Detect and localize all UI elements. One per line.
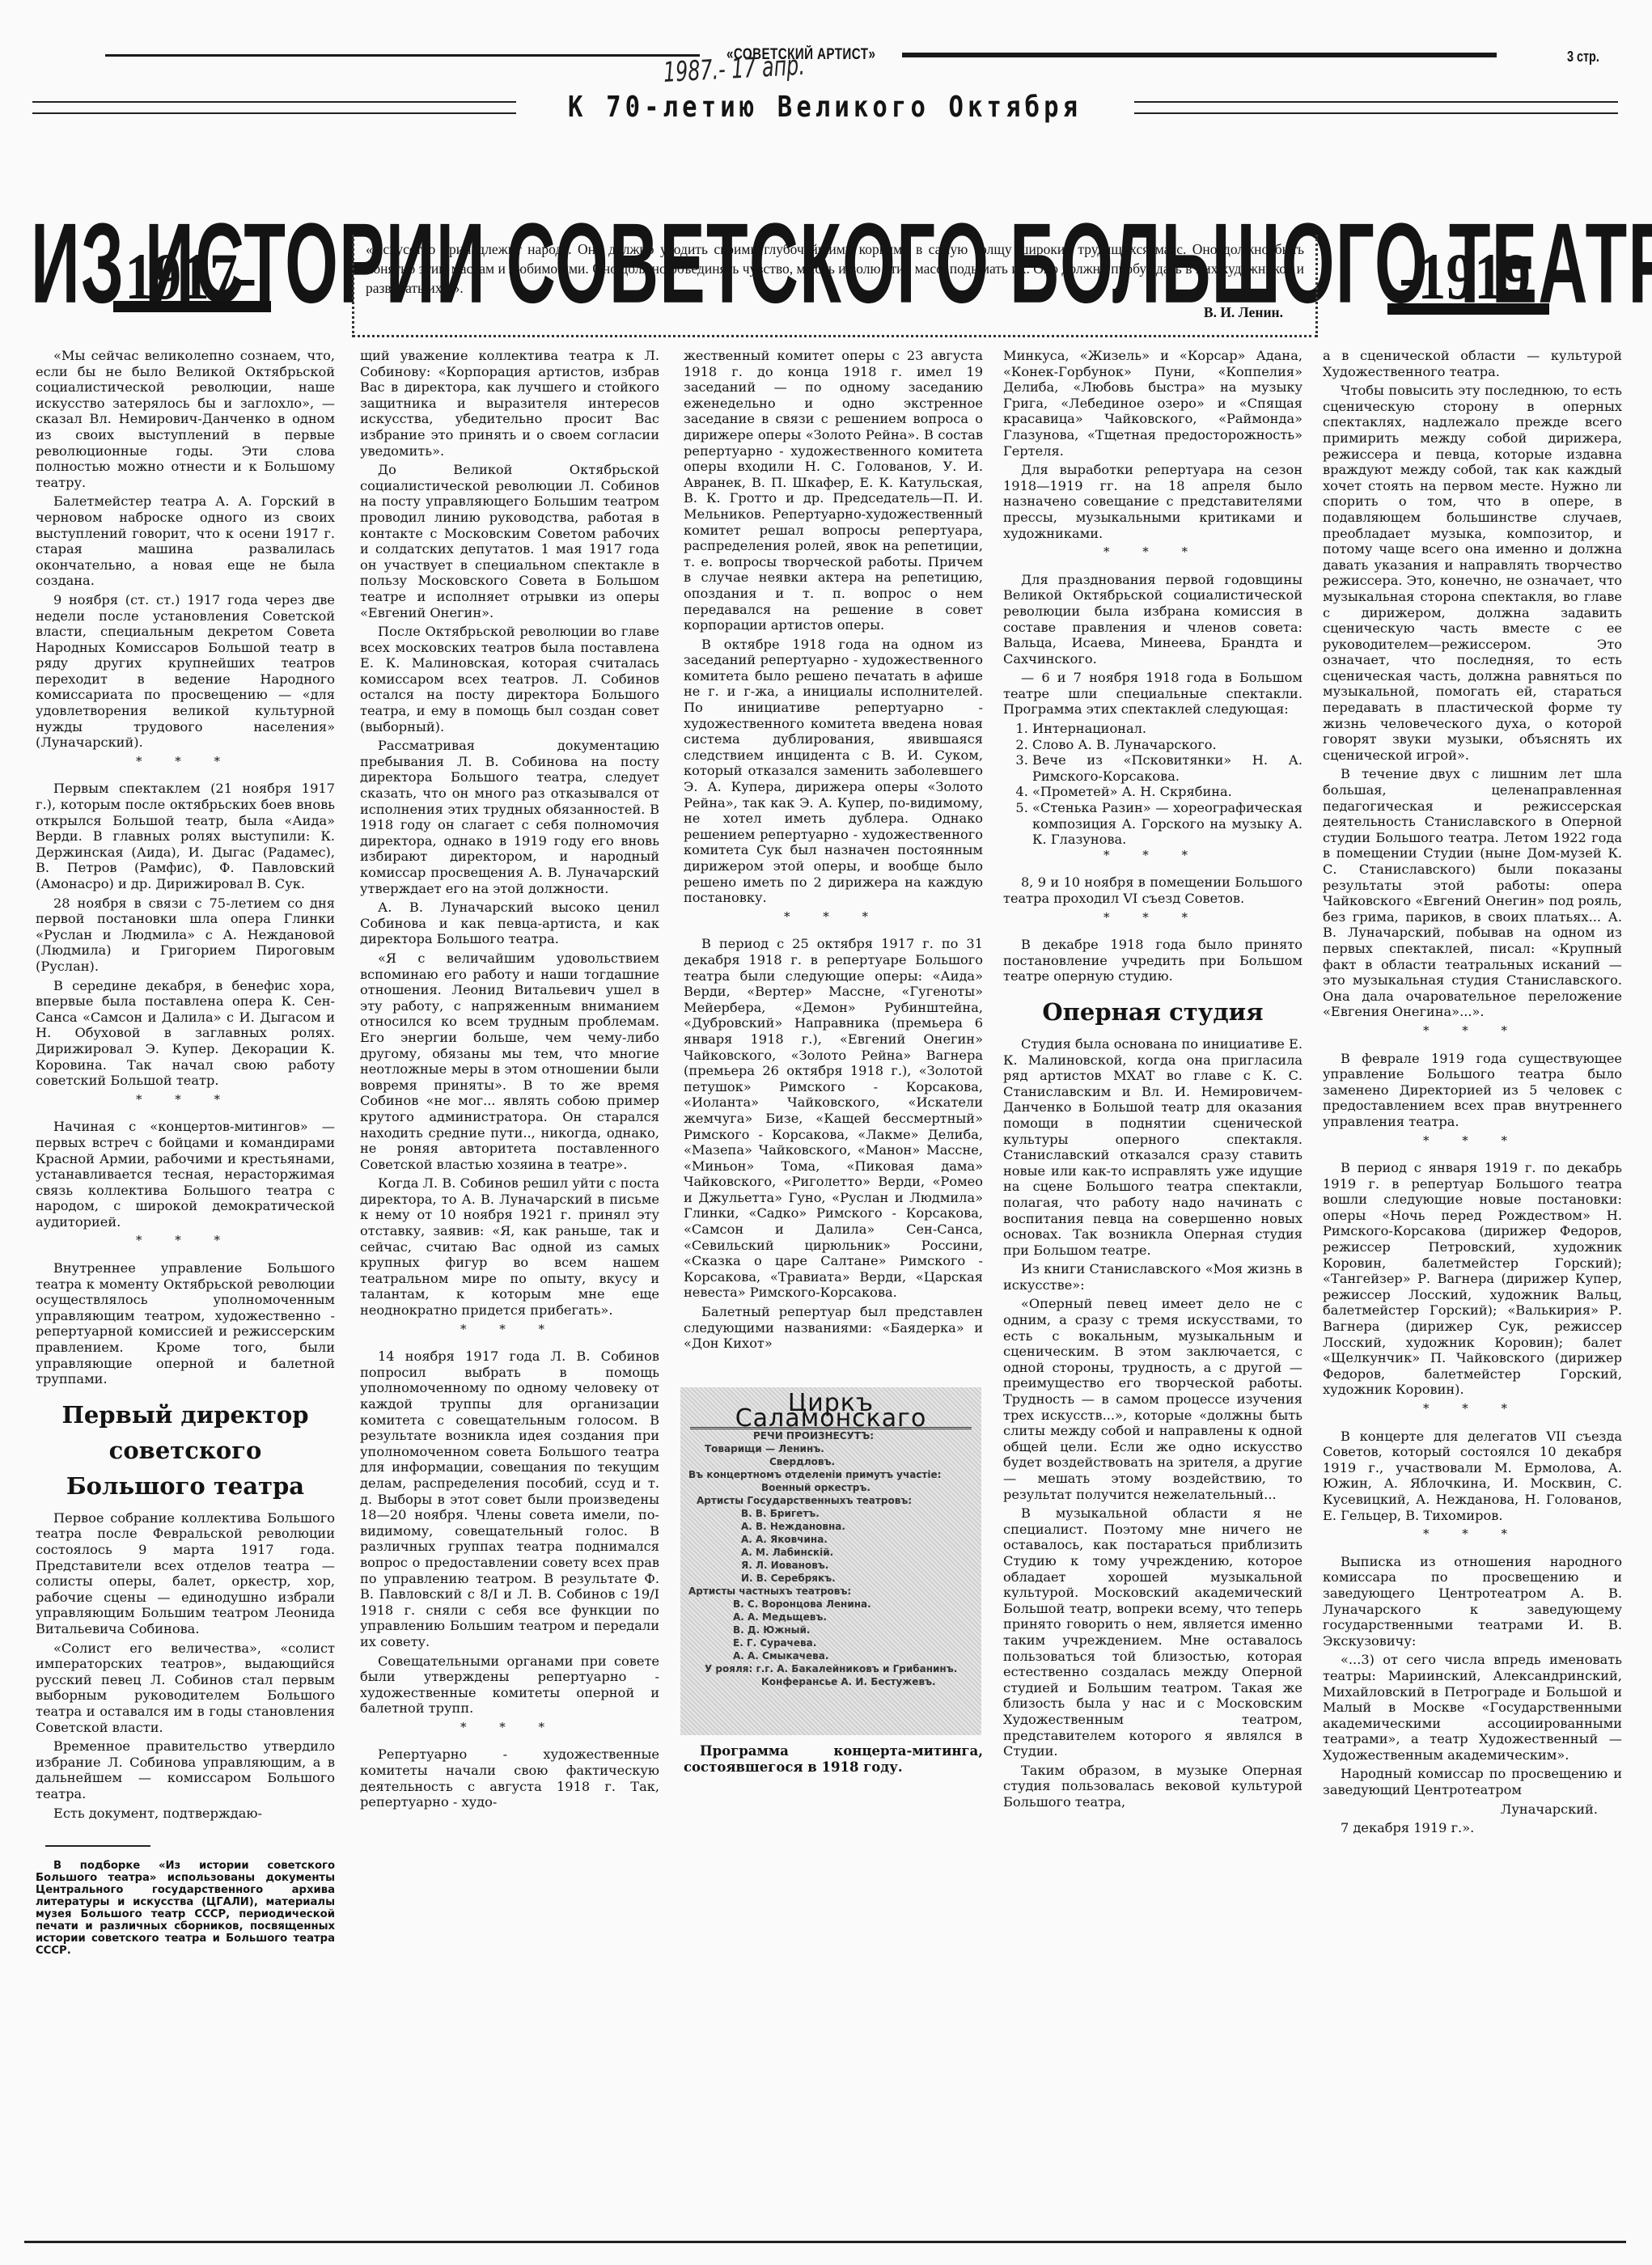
banner-rule-right [1134,101,1618,114]
section-separator: * * * [684,909,983,925]
concert-program-photo: Циркъ СаламонскагоРЕЧИ ПРОИЗНЕСУТЪ:Товар… [680,1387,981,1735]
sources-footnote: В подборке «Из истории советского Большо… [36,1845,335,1957]
section-heading: Первый директор советского Большого теат… [36,1397,335,1504]
photo-text-line: Е. Г. Сурачева. [680,1636,981,1649]
article-paragraph: В концерте для делегатов VII съезда Сове… [1323,1429,1622,1524]
article-paragraph: Первым спектаклем (21 ноября 1917 г.), к… [36,781,335,891]
article-paragraph: жественный комитет оперы с 23 августа 19… [684,348,983,633]
handwritten-date-annotation: 1987.- 17 апр. [663,49,806,89]
article-paragraph: В октябре 1918 года на одном из заседани… [684,637,983,906]
lenin-epigraph-box: «Искусство принадлежит народу. Оно должн… [352,235,1318,337]
article-paragraph: Балетный репертуар был представлен следу… [684,1304,983,1352]
article-column-1: «Мы сейчас великолепно сознаем, что, есл… [36,348,335,1957]
program-list-item: «Стенька Разин» — хореографическая компо… [1032,800,1303,848]
article-paragraph: Первое собрание коллектива Большого теат… [36,1510,335,1637]
photo-text-line: У рояля: г.г. А. Бакалейниковъ и Грибани… [680,1662,981,1675]
section-separator: * * * [36,1233,335,1249]
article-paragraph: 7 декабря 1919 г.». [1323,1820,1622,1836]
section-separator: * * * [1003,910,1303,926]
section-separator: * * * [1003,848,1303,864]
article-paragraph: После Октябрьской революции во главе все… [360,624,659,735]
article-paragraph: 28 ноября в связи с 75-летием со дня пер… [36,895,335,975]
article-paragraph: Репертуарно - художественные комитеты на… [360,1746,659,1810]
article-paragraph: а в сценической области — культурой Худо… [1323,348,1622,379]
article-paragraph: В период с января 1919 г. по декабрь 191… [1323,1160,1622,1398]
epigraph-author: В. И. Ленин. [1204,303,1283,322]
section-separator: * * * [36,1092,335,1108]
article-paragraph: В течение двух с лишним лет шла большая,… [1323,766,1622,1020]
photo-text-line: А. А. Смыкачева. [680,1649,981,1662]
masthead-rule-right [902,53,1497,57]
photo-text-line: Въ концертномъ отделеніи примутъ участіе… [680,1468,981,1481]
article-paragraph: щий уважение коллектива театра к Л. Соби… [360,348,659,459]
article-paragraph: «Я с величайшим удовольствием вспоминаю … [360,950,659,1172]
photo-title: Циркъ Саламонскаго [690,1387,972,1429]
article-paragraph: «Солист его величества», «солист императ… [36,1641,335,1736]
article-paragraph: В период с 25 октября 1917 г. по 31 дека… [684,936,983,1301]
photo-text-line: В. В. Бригетъ. [680,1507,981,1520]
section-separator: * * * [1323,1401,1622,1417]
photo-text-line: Свердловъ. [680,1455,981,1468]
program-list-item: «Прометей» А. Н. Скрябина. [1032,784,1303,800]
photo-text-line: А. А. Яковчина. [680,1533,981,1546]
article-paragraph: Балетмейстер театра А. А. Горский в черн… [36,493,335,589]
article-paragraph: В феврале 1919 года существующее управле… [1323,1051,1622,1130]
section-separator: * * * [1323,1023,1622,1039]
photo-text-line: А. В. Неждановна. [680,1520,981,1533]
article-paragraph: До Великой Октябрьской социалистической … [360,462,659,620]
article-paragraph: В музыкальной области я не специалист. П… [1003,1505,1303,1759]
article-paragraph: Выписка из отношения народного комиссара… [1323,1554,1622,1649]
article-paragraph: Таким образом, в музыке Оперная студия п… [1003,1763,1303,1810]
section-separator: * * * [1323,1133,1622,1149]
photo-caption: Программа концерта-митинга, состоявшегос… [684,1743,983,1776]
article-paragraph: «...3) от сего числа впредь именовать те… [1323,1652,1622,1763]
photo-text-line: Артисты Государственныхъ театровъ: [680,1494,981,1507]
article-paragraph: Внутреннее управление Большого театра к … [36,1260,335,1387]
numbered-program-list: Интернационал.Слово А. В. Луначарского.В… [1003,721,1303,848]
photo-text-line: Конферансье А. И. Бестужевъ. [680,1675,981,1688]
article-paragraph: В декабре 1918 года было принято постано… [1003,937,1303,984]
article-paragraph: Начиная с «концертов-митингов» — первых … [36,1119,335,1230]
photo-text-line: Артисты частныхъ театровъ: [680,1585,981,1598]
article-paragraph: Есть документ, подтверждаю- [36,1806,335,1822]
article-column-5: а в сценической области — культурой Худо… [1323,348,1622,1840]
masthead-rule-left [105,54,700,57]
article-paragraph: Временное правительство утвердило избран… [36,1738,335,1801]
article-paragraph: Студия была основана по инициативе Е. К.… [1003,1036,1303,1258]
program-list-item: Интернационал. [1032,721,1303,737]
article-paragraph: 14 ноября 1917 года Л. В. Собинов попрос… [360,1348,659,1649]
photo-text-line: А. М. Лабинскій. [680,1546,981,1559]
year-start-bar [113,301,271,312]
section-heading: Оперная студия [1003,994,1303,1030]
article-column-4: Минкуса, «Жизель» и «Корсар» Адана, «Кон… [1003,348,1303,1813]
photo-text-line: И. В. Серебрякъ. [680,1572,981,1585]
anniversary-banner: К 70-летию Великого Октября [32,91,1618,124]
article-paragraph: 9 ноября (ст. ст.) 1917 года через две н… [36,592,335,751]
photo-text-line: В. С. Воронцова Ленина. [680,1598,981,1611]
article-paragraph: Для празднования первой годовщины Велико… [1003,572,1303,667]
photo-text-line: А. А. Медьщевъ. [680,1611,981,1624]
article-paragraph: Чтобы повысить эту последнюю, то есть сц… [1323,383,1622,763]
program-list-item: Слово А. В. Луначарского. [1032,737,1303,753]
epigraph-text: «Искусство принадлежит народу. Оно должн… [366,241,1304,296]
photo-text-line: Товарищи — Ленинъ. [680,1442,981,1455]
article-paragraph: — 6 и 7 ноября 1918 года в Большом театр… [1003,670,1303,718]
article-paragraph: Совещательными органами при совете были … [360,1653,659,1717]
article-paragraph: «Мы сейчас великолепно сознаем, что, есл… [36,348,335,490]
program-list-item: Вече из «Псковитянки» Н. А. Римского-Кор… [1032,752,1303,784]
article-column-3: жественный комитет оперы с 23 августа 19… [684,348,983,1776]
article-paragraph: Для выработки репертуара на сезон 1918—1… [1003,462,1303,541]
article-paragraph: 8, 9 и 10 ноября в помещении Большого те… [1003,874,1303,906]
article-paragraph: Когда Л. В. Собинов решил уйти с поста д… [360,1175,659,1318]
photo-text-line: РЕЧИ ПРОИЗНЕСУТЪ: [680,1429,981,1442]
section-separator: * * * [360,1720,659,1736]
photo-text-line: Военный оркестръ. [680,1481,981,1494]
signature: Луначарский. [1323,1801,1622,1818]
section-separator: * * * [1323,1526,1622,1543]
article-paragraph: Народный комиссар по просвещению и завед… [1323,1766,1622,1797]
year-end-bar [1387,303,1549,315]
article-paragraph: В середине декабря, в бенефис хора, впер… [36,978,335,1089]
article-paragraph: Рассматривая документацию пребывания Л. … [360,738,659,896]
article-paragraph: Из книги Станиславского «Моя жизнь в иск… [1003,1261,1303,1293]
section-separator: * * * [360,1322,659,1338]
section-separator: * * * [1003,544,1303,561]
photo-text-line: В. Д. Южный. [680,1624,981,1636]
article-paragraph: А. В. Луначарский высоко ценил Собинова … [360,900,659,947]
section-separator: * * * [36,754,335,770]
page-number: 3 стр. [1567,49,1599,66]
article-column-2: щий уважение коллектива театра к Л. Соби… [360,348,659,1814]
bottom-rule [24,2241,1626,2243]
anniversary-banner-text: К 70-летию Великого Октября [563,91,1088,124]
banner-rule-left [32,101,516,114]
article-paragraph: «Оперный певец имеет дело не с одним, а … [1003,1296,1303,1502]
photo-text-line: Я. Л. Иовановъ. [680,1559,981,1572]
article-paragraph: Минкуса, «Жизель» и «Корсар» Адана, «Кон… [1003,348,1303,459]
